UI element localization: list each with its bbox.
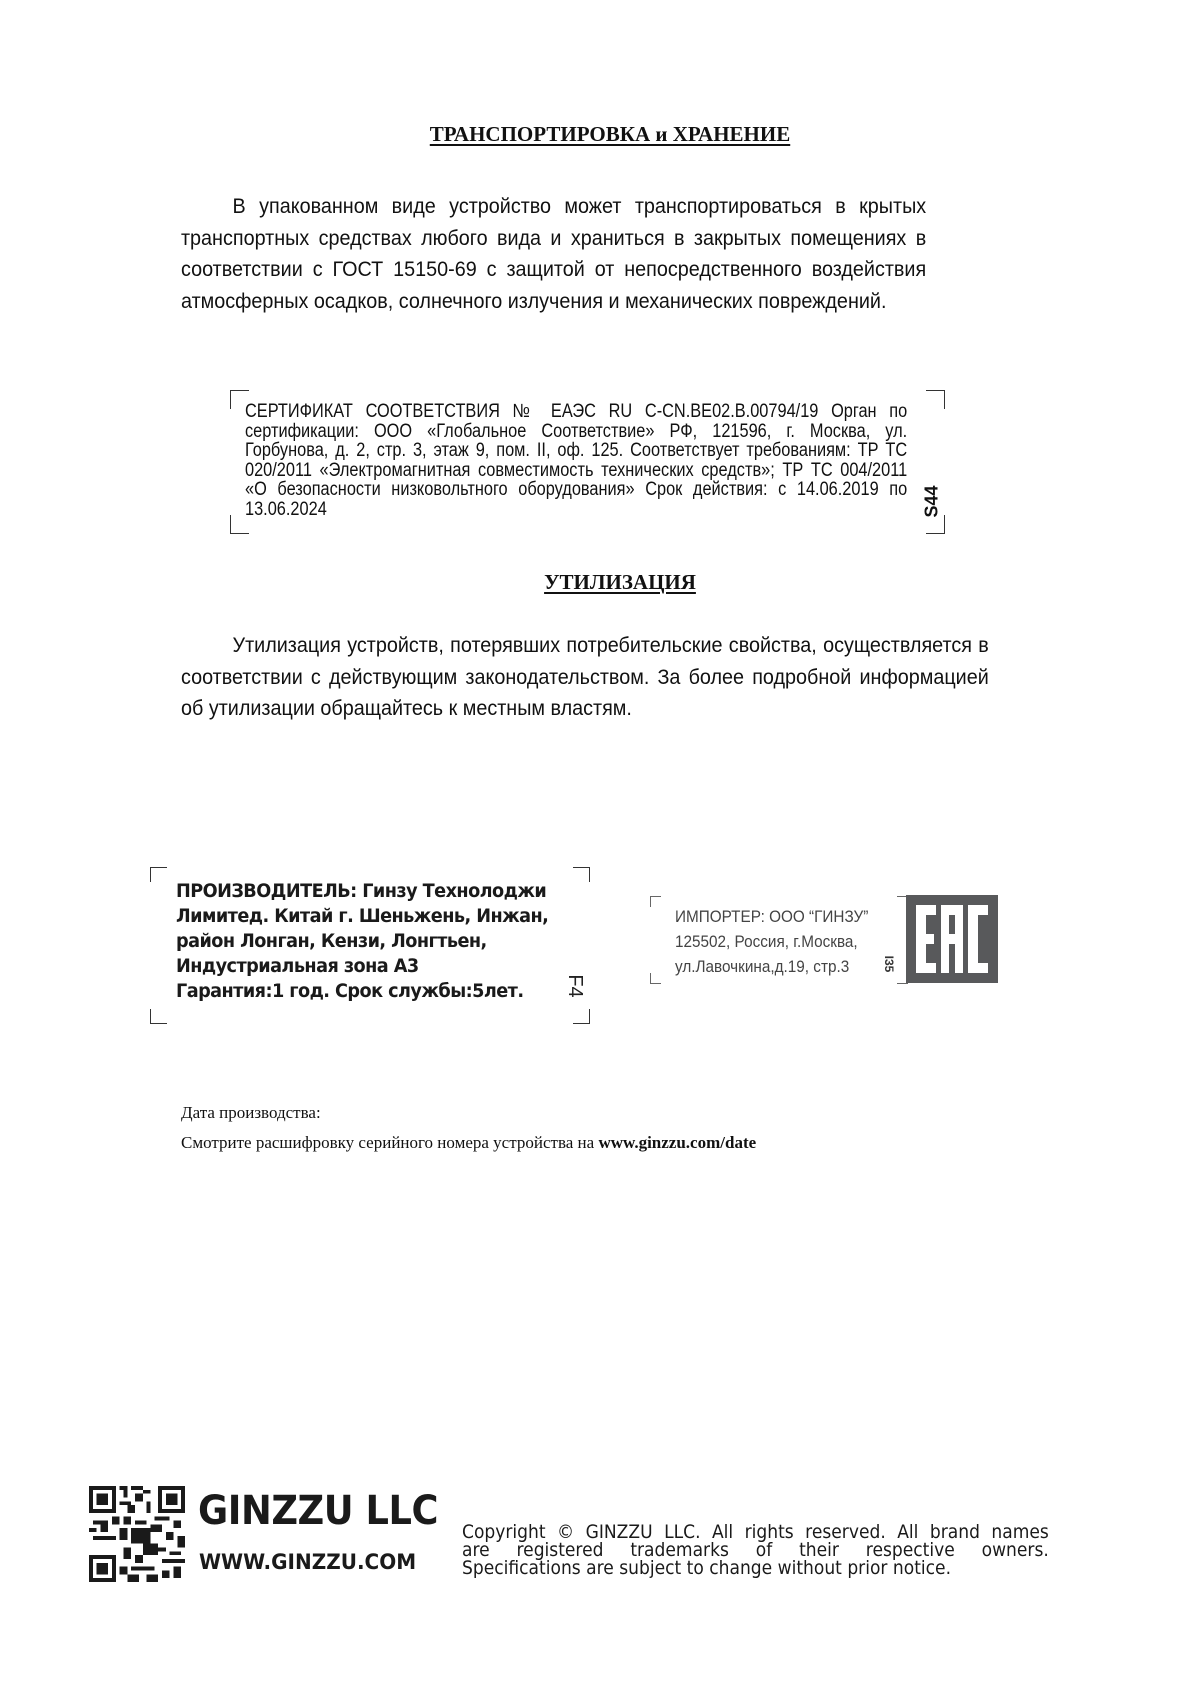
production-date-note-line: Смотрите расшифровку серийного номера ус… [181, 1128, 981, 1158]
qr-code-icon [89, 1486, 185, 1582]
disposal-paragraph: Утилизация устройств, потерявших потреби… [181, 630, 989, 725]
eac-logo-icon [912, 901, 992, 977]
company-website[interactable]: WWW.GINZZU.COM [199, 1550, 416, 1575]
certificate-box: СЕРТИФИКАТ СООТВЕТСТВИЯ № ЕАЭС RU C-CN.B… [230, 390, 945, 534]
bracket-corner [573, 867, 590, 882]
production-date: Дата производства: Смотрите расшифровку … [181, 1098, 981, 1158]
importer-line: 125502, Россия, г.Москва, [675, 929, 868, 954]
bracket-corner [650, 896, 661, 907]
disposal-heading: УТИЛИЗАЦИЯ [520, 570, 720, 595]
transport-heading: ТРАНСПОРТИРОВКА и ХРАНЕНИЕ [360, 122, 860, 147]
copyright-notice: Copyright © GINZZU LLC. All rights reser… [462, 1523, 1049, 1577]
bracket-corner [150, 867, 167, 882]
importer-box: ИМПОРТЕР: ООО “ГИНЗУ” 125502, Россия, г.… [650, 896, 908, 984]
production-date-link[interactable]: www.ginzzu.com/date [598, 1133, 756, 1152]
eac-mark-icon [906, 895, 998, 983]
bracket-corner [650, 973, 661, 984]
importer-line: ИМПОРТЕР: ООО “ГИНЗУ” [675, 904, 868, 929]
manufacturer-code: F4 [562, 973, 588, 999]
transport-paragraph-text: В упакованном виде устройство может тран… [181, 191, 926, 317]
manufacturer-box: ПРОИЗВОДИТЕЛЬ: Гинзу Технолоджи Лимитед.… [150, 867, 590, 1024]
copyright-line: Specifications are subject to change wit… [462, 1559, 1049, 1577]
importer-code: I35 [881, 951, 897, 977]
manufacturer-line: ПРОИЗВОДИТЕЛЬ: Гинзу Технолоджи [176, 879, 548, 904]
production-date-note: Смотрите расшифровку серийного номера ус… [181, 1133, 594, 1152]
transport-paragraph: В упакованном виде устройство может тран… [181, 191, 926, 317]
bracket-corner [926, 390, 945, 409]
importer-line: ул.Лавочкина,д.19, стр.3 [675, 954, 868, 979]
manufacturer-line: район Лонган, Кензи, Лонгтьен, [176, 929, 548, 954]
bracket-corner [150, 1009, 167, 1024]
bracket-corner [573, 1009, 590, 1024]
manufacturer-line: Гарантия:1 год. Срок службы:5лет. [176, 979, 548, 1004]
manufacturer-line: Лимитед. Китай г. Шеньжень, Инжан, [176, 904, 548, 929]
certificate-code: S44 [922, 482, 943, 522]
qr-code-graphic [89, 1486, 185, 1582]
disposal-paragraph-text: Утилизация устройств, потерявших потреби… [181, 630, 989, 725]
certificate-text: СЕРТИФИКАТ СООТВЕТСТВИЯ № ЕАЭС RU C-CN.B… [245, 402, 907, 519]
manufacturer-text: ПРОИЗВОДИТЕЛЬ: Гинзу Технолоджи Лимитед.… [176, 879, 548, 1004]
importer-text: ИМПОРТЕР: ООО “ГИНЗУ” 125502, Россия, г.… [675, 904, 868, 979]
production-date-label: Дата производства: [181, 1098, 981, 1128]
manufacturer-line: Индустриальная зона А3 [176, 954, 548, 979]
company-name: GINZZU LLC [198, 1488, 438, 1534]
